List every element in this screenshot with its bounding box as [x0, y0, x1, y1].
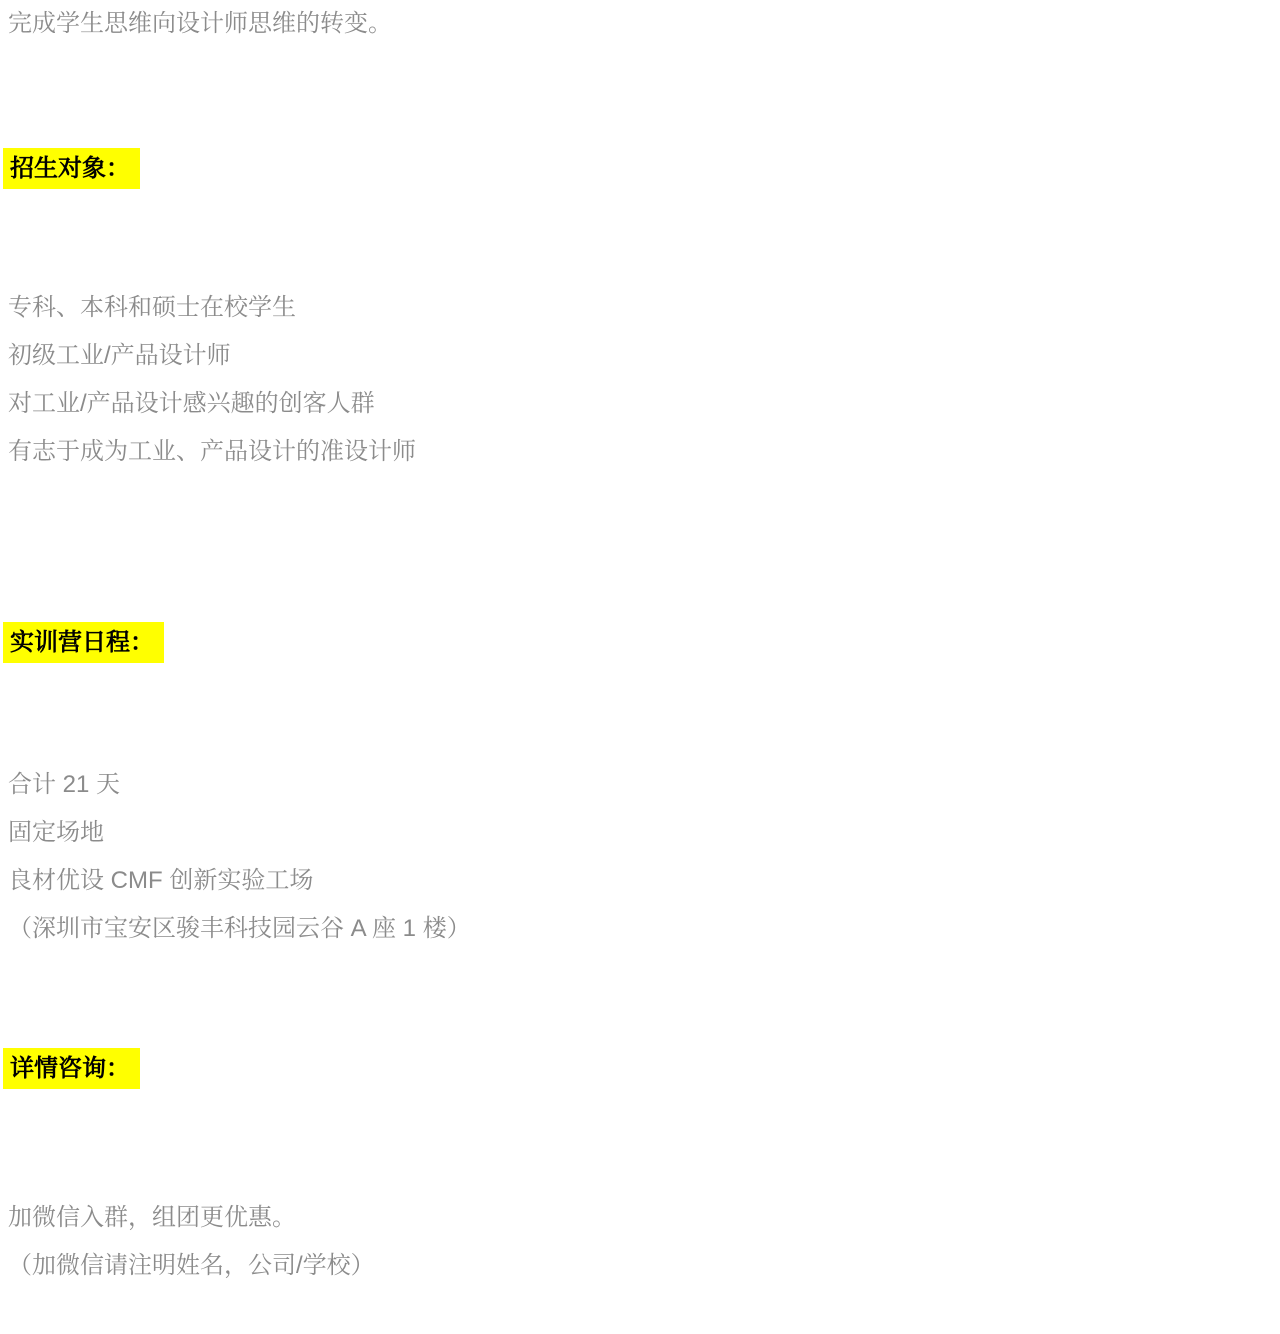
text-line: 固定场地: [8, 809, 471, 857]
text-line: 合计 21 天: [8, 761, 471, 809]
text-line: 良材优设 CMF 创新实验工场: [8, 857, 471, 905]
heading-contact-inquiry: 详情咨询：: [3, 1048, 140, 1089]
text-line: 专科、本科和硕士在校学生: [8, 284, 416, 332]
enrollment-targets-list: 专科、本科和硕士在校学生 初级工业/产品设计师 对工业/产品设计感兴趣的创客人群…: [8, 284, 416, 476]
text-line: 有志于成为工业、产品设计的准设计师: [8, 428, 416, 476]
intro-paragraph: 完成学生思维向设计师思维的转变。: [8, 0, 392, 48]
text-line: 初级工业/产品设计师: [8, 332, 416, 380]
article-page: 完成学生思维向设计师思维的转变。 招生对象： 专科、本科和硕士在校学生 初级工业…: [0, 0, 1280, 1334]
text-line: 对工业/产品设计感兴趣的创客人群: [8, 380, 416, 428]
text-line: （深圳市宝安区骏丰科技园云谷 A 座 1 楼）: [8, 905, 471, 953]
text-line: 加微信入群，组团更优惠。: [8, 1194, 375, 1242]
heading-camp-schedule: 实训营日程：: [3, 622, 164, 663]
text-line: （加微信请注明姓名，公司/学校）: [8, 1242, 375, 1290]
camp-schedule-list: 合计 21 天 固定场地 良材优设 CMF 创新实验工场 （深圳市宝安区骏丰科技…: [8, 761, 471, 953]
heading-enrollment-targets: 招生对象：: [3, 148, 140, 189]
contact-inquiry-list: 加微信入群，组团更优惠。 （加微信请注明姓名，公司/学校）: [8, 1194, 375, 1290]
